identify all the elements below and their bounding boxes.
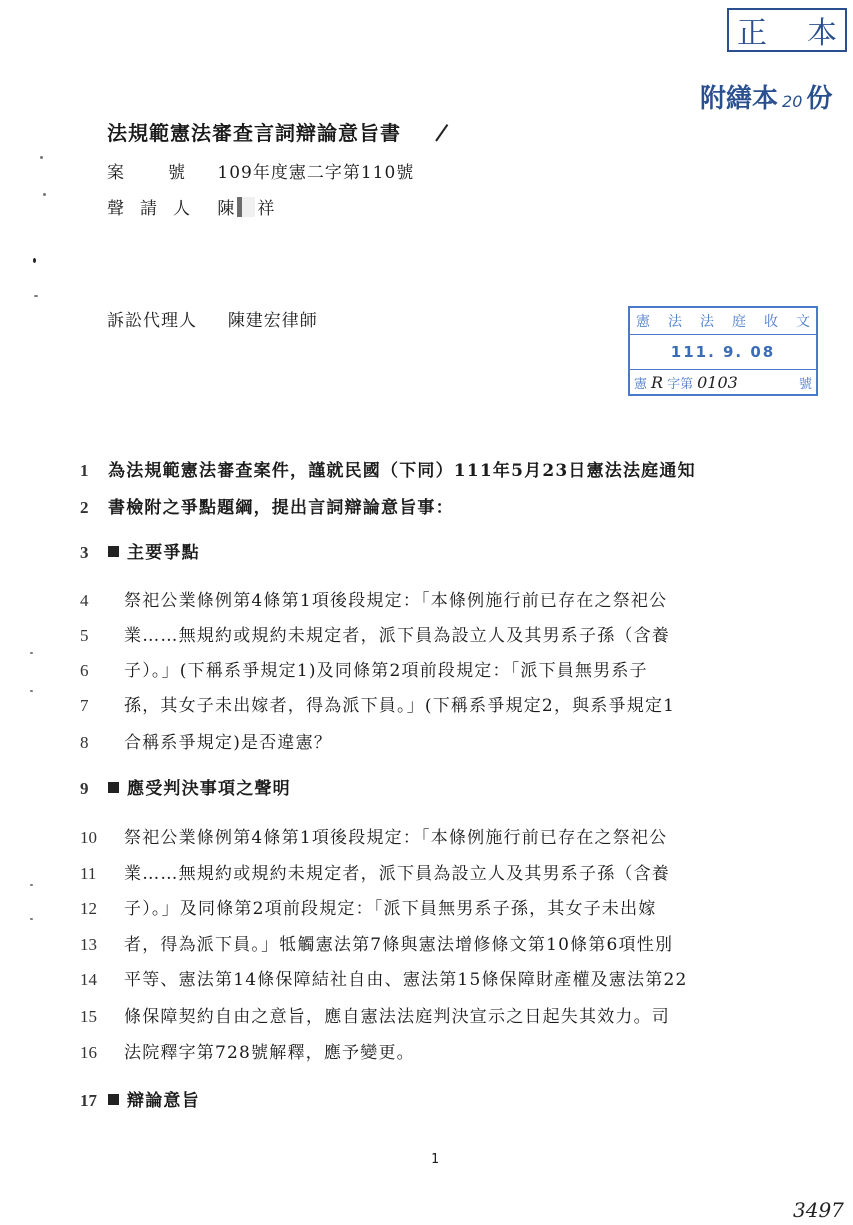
stamp-char-left: 正 bbox=[737, 8, 767, 52]
heading-text: 辯論意旨 bbox=[127, 1091, 200, 1111]
line-text: 書檢附之爭點題綱，提出言詞辯論意旨事： bbox=[108, 498, 454, 518]
section-heading: 17辯論意旨 bbox=[80, 1089, 200, 1113]
line-number: 4 bbox=[80, 589, 124, 613]
scan-speck bbox=[34, 295, 38, 297]
line-text: 祭祀公業條例第4條第1項後段規定：「本條例施行前已存在之祭祀公 bbox=[124, 828, 667, 848]
agent-row: 訴訟代理人 陳建宏律師 bbox=[107, 306, 318, 331]
line-text: 業……無規約或規約未規定者，派下員為設立人及其男系子孫（含養 bbox=[124, 626, 670, 646]
receipt-handwritten-number: 0103 bbox=[697, 373, 738, 392]
receipt-date: 111. 9. 08 bbox=[630, 335, 816, 369]
petitioner-name-prefix: 陳 bbox=[217, 199, 235, 219]
receipt-handwritten-letter: R bbox=[651, 373, 663, 392]
petitioner-row: 聲請人 陳祥 bbox=[107, 194, 275, 219]
body-line: 8合稱系爭規定)是否違憲？ bbox=[80, 731, 332, 755]
body-line: 11業……無規約或規約未規定者，派下員為設立人及其男系子孫（含養 bbox=[80, 862, 670, 886]
body-line: 13者，得為派下員。」牴觸憲法第7條與憲法增修條文第10條第6項性別 bbox=[80, 933, 673, 957]
case-number-label: 案號 bbox=[107, 158, 211, 183]
receipt-mid: 字第 bbox=[667, 373, 693, 392]
redaction-box bbox=[237, 197, 255, 217]
page-number: 1 bbox=[431, 1152, 439, 1167]
petitioner-name-suffix: 祥 bbox=[257, 199, 275, 219]
body-line: 7孫，其女子未出嫁者，得為派下員。」(下稱系爭規定2，與系爭規定1 bbox=[80, 694, 675, 718]
body-line: 2書檢附之爭點題綱，提出言詞辯論意旨事： bbox=[80, 496, 454, 520]
line-number: 7 bbox=[80, 694, 124, 718]
body-line: 6子）。」(下稱系爭規定1)及同條第2項前段規定：「派下員無男系子 bbox=[80, 659, 648, 683]
court-receipt-stamp: 憲 法 法 庭 收 文 111. 9. 08 憲 R 字第 0103 號 bbox=[628, 306, 818, 396]
bullet-square-icon bbox=[108, 546, 119, 557]
receipt-char: 收 bbox=[764, 311, 778, 331]
handwritten-check-icon bbox=[435, 124, 448, 142]
receipt-char: 法 bbox=[668, 311, 682, 331]
receipt-char: 法 bbox=[700, 311, 714, 331]
body-line: 16法院釋字第728號解釋，應予變更。 bbox=[80, 1041, 415, 1065]
scan-speck bbox=[30, 690, 33, 692]
heading-text: 主要爭點 bbox=[127, 543, 200, 563]
body-line: 5業……無規約或規約未規定者，派下員為設立人及其男系子孫（含養 bbox=[80, 624, 670, 648]
line-number: 16 bbox=[80, 1041, 124, 1065]
line-number: 8 bbox=[80, 731, 124, 755]
line-number: 9 bbox=[80, 777, 108, 801]
scan-speck bbox=[30, 652, 33, 654]
scan-speck bbox=[30, 884, 33, 886]
line-number: 15 bbox=[80, 1005, 124, 1029]
copies-suffix: 份 bbox=[806, 84, 832, 114]
receipt-suffix: 號 bbox=[799, 373, 812, 392]
line-number: 13 bbox=[80, 933, 124, 957]
line-text: 合稱系爭規定)是否違憲？ bbox=[124, 733, 332, 753]
line-number: 1 bbox=[80, 459, 108, 483]
handwritten-page-count: 3497 bbox=[793, 1198, 844, 1222]
line-text: 祭祀公業條例第4條第1項後段規定：「本條例施行前已存在之祭祀公 bbox=[124, 591, 667, 611]
copies-annotation: 附繕本20份 bbox=[700, 78, 832, 115]
line-number: 2 bbox=[80, 496, 108, 520]
case-number-value: 109年度憲二字第110號 bbox=[217, 163, 414, 183]
line-text: 為法規範憲法審查案件，謹就民國（下同）111年5月23日憲法法庭通知 bbox=[108, 461, 696, 481]
section-heading: 9應受判決事項之聲明 bbox=[80, 777, 291, 801]
line-text: 子）。」(下稱系爭規定1)及同條第2項前段規定：「派下員無男系子 bbox=[124, 661, 648, 681]
body-line: 4祭祀公業條例第4條第1項後段規定：「本條例施行前已存在之祭祀公 bbox=[80, 589, 667, 613]
line-text: 子）。」及同條第2項前段規定：「派下員無男系子孫，其女子未出嫁 bbox=[124, 899, 657, 919]
line-number: 5 bbox=[80, 624, 124, 648]
stamp-char-right: 本 bbox=[807, 8, 837, 52]
line-number: 14 bbox=[80, 968, 124, 992]
line-text: 法院釋字第728號解釋，應予變更。 bbox=[124, 1043, 415, 1063]
section-heading: 3主要爭點 bbox=[80, 541, 200, 565]
bullet-square-icon bbox=[108, 782, 119, 793]
body-line: 10祭祀公業條例第4條第1項後段規定：「本條例施行前已存在之祭祀公 bbox=[80, 826, 667, 850]
line-text: 平等、憲法第14條保障結社自由、憲法第15條保障財產權及憲法第22 bbox=[124, 970, 688, 990]
case-number-row: 案號 109年度憲二字第110號 bbox=[107, 158, 414, 183]
body-line: 1為法規範憲法審查案件，謹就民國（下同）111年5月23日憲法法庭通知 bbox=[80, 459, 696, 483]
line-number: 12 bbox=[80, 897, 124, 921]
petitioner-label: 聲請人 bbox=[107, 194, 211, 219]
receipt-char: 憲 bbox=[636, 311, 650, 331]
copies-prefix: 附繕本 bbox=[700, 84, 778, 114]
line-text: 者，得為派下員。」牴觸憲法第7條與憲法增修條文第10條第6項性別 bbox=[124, 935, 673, 955]
receipt-header: 憲 法 法 庭 收 文 bbox=[630, 308, 816, 335]
line-text: 業……無規約或規約未規定者，派下員為設立人及其男系子孫（含養 bbox=[124, 864, 670, 884]
line-number: 6 bbox=[80, 659, 124, 683]
scan-speck bbox=[40, 156, 43, 159]
agent-label: 訴訟代理人 bbox=[107, 311, 197, 331]
scan-speck bbox=[43, 193, 46, 196]
body-line: 14平等、憲法第14條保障結社自由、憲法第15條保障財產權及憲法第22 bbox=[80, 968, 688, 992]
receipt-number-row: 憲 R 字第 0103 號 bbox=[630, 369, 816, 394]
heading-text: 應受判決事項之聲明 bbox=[127, 779, 291, 799]
receipt-prefix: 憲 bbox=[634, 373, 647, 392]
receipt-char: 庭 bbox=[732, 311, 746, 331]
scan-speck bbox=[30, 918, 33, 920]
document-title: 法規範憲法審查言詞辯論意旨書 bbox=[107, 117, 401, 146]
line-number: 17 bbox=[80, 1089, 108, 1113]
line-number: 10 bbox=[80, 826, 124, 850]
line-text: 條保障契約自由之意旨，應自憲法法庭判決宣示之日起失其效力。司 bbox=[124, 1007, 670, 1027]
bullet-square-icon bbox=[108, 1094, 119, 1105]
original-copy-stamp: 正 本 bbox=[727, 8, 847, 52]
body-line: 15條保障契約自由之意旨，應自憲法法庭判決宣示之日起失其效力。司 bbox=[80, 1005, 670, 1029]
body-line: 12子）。」及同條第2項前段規定：「派下員無男系子孫，其女子未出嫁 bbox=[80, 897, 657, 921]
receipt-char: 文 bbox=[796, 311, 810, 331]
line-number: 11 bbox=[80, 862, 124, 886]
agent-value: 陳建宏律師 bbox=[228, 311, 318, 331]
line-text: 孫，其女子未出嫁者，得為派下員。」(下稱系爭規定2，與系爭規定1 bbox=[124, 696, 675, 716]
copies-count: 20 bbox=[782, 92, 802, 111]
scan-speck bbox=[33, 258, 36, 263]
line-number: 3 bbox=[80, 541, 108, 565]
